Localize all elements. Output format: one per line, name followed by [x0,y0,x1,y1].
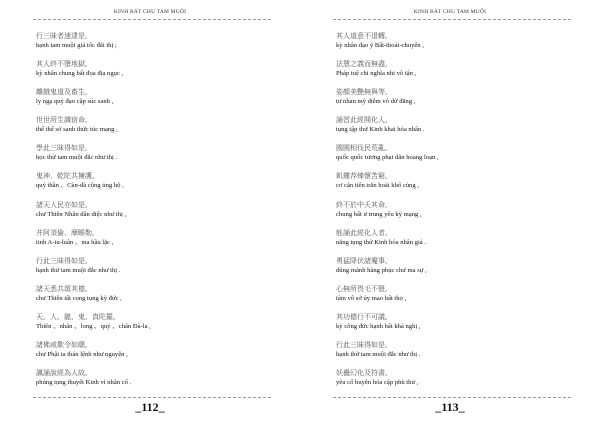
verse-vietnamese: kỳ công đức hạnh bất khả nghị , [336,322,568,331]
verse-chinese: 飢饉荐臻懷苦窮, [336,171,568,181]
verse: 妖蠱幻化及符書,yêu cổ huyễn hóa cập phù thư , [336,368,568,396]
verse-chinese: 諸天悉共頌其德, [36,284,268,294]
verse: 學此三昧得如是,học thử tam muội đắc như thị . [36,143,268,171]
verse: 鬼神、乾陀共擁護,quỷ thần 、Càn-đà cộng ủng hộ , [36,171,268,199]
verse-chinese: 法慧之義而無盡, [336,59,568,69]
verse-vietnamese: hạnh tam muội giả tốc đãi thị ; [36,41,268,50]
verse-vietnamese: chư Thiên tất cọng tụng kỳ đức , [36,294,268,303]
verse: 其人終不墮地獄,kỳ nhân chung bất đọa địa ngục , [36,59,268,87]
verse: 諸天人民亦如是,chư Thiên Nhân dân diệc như thị … [36,200,268,228]
verse: 終不於中夭其命,chung bất ư trung yểu kỳ mạng , [336,200,568,228]
verse: 行此三昧得如是,hạnh thử tam muội đắc như thị . [336,340,568,368]
verse: 其功德行不可議,kỳ công đức hạnh bất khả nghị , [336,312,568,340]
verse-chinese: 天、人、龍、鬼、真陀羅, [36,312,268,322]
verse-vietnamese: tinh A-tu-luân 、ma hầu lặc , [36,238,268,247]
verse-chinese: 諷誦說經為人故, [36,368,268,378]
page-header: KINH BÁT CHU TAM MUỘI [300,9,600,15]
verse: 國國相伐民荒亂,quốc quốc tương phạt dân hoang l… [336,143,568,171]
verse-vietnamese: kỳ nhân đạo ý Bất-thoái-chuyển , [336,41,568,50]
verse: 心無所畏毛不豎,tâm vô sở úy mao bất thọ , [336,284,568,312]
verse-chinese: 勇猛降伏諸魔事, [336,256,568,266]
verse: 誦習此經開化人,tụng tập thử Kinh khai hóa nhân … [336,115,568,143]
verse-vietnamese: quốc quốc tương phạt dân hoang loạn , [336,153,568,162]
verse-vietnamese: phúng tụng thuyết Kinh vì nhân cố . [36,378,268,387]
verse-vietnamese: Pháp tuệ chi nghĩa nhi vô tận , [336,69,568,78]
verse-chinese: 并阿須倫、摩睺勒, [36,228,268,238]
verse: 行三昧者速逮是,hạnh tam muội giả tốc đãi thị ; [36,31,268,59]
page-number: _113_ [300,400,600,415]
verse-chinese: 其功德行不可議, [336,312,568,322]
verse-chinese: 姿顏美艷無與等, [336,87,568,97]
verse-vietnamese: chư Phật ta thán lệnh như nguyện , [36,350,268,359]
verse-vietnamese: kỳ nhân chung bất đọa địa ngục , [36,69,268,78]
verse-vietnamese: Thiên 、nhân 、long 、quỷ 、chân Đà-la , [36,322,268,331]
verse-chinese: 心無所畏毛不豎, [336,284,568,294]
verse: 諷誦說經為人故,phúng tụng thuyết Kinh vì nhân c… [36,368,268,396]
verse-chinese: 其人終不墮地獄, [36,59,268,69]
verse-vietnamese: quỷ thần 、Càn-đà cộng ủng hộ , [36,181,268,190]
verse-chinese: 能誦此經化人者, [336,228,568,238]
verse-chinese: 國國相伐民荒亂, [336,143,568,153]
left-page: KINH BÁT CHU TAM MUỘI 行三昧者速逮是,hạnh tam m… [0,0,300,424]
verse-chinese: 世世所生識宿命, [36,115,268,125]
verse-vietnamese: ly ngạ quỷ đạo cập súc sanh , [36,97,268,106]
verse-vietnamese: năng tụng thử Kinh hóa nhân giả . [336,238,568,247]
verse: 諸佛咸歎令如願,chư Phật ta thán lệnh như nguyện… [36,340,268,368]
verse: 其人道意不退轉,kỳ nhân đạo ý Bất-thoái-chuyển , [336,31,568,59]
verse-vietnamese: chư Thiên Nhân dân diệc như thị , [36,210,268,219]
verse: 能誦此經化人者,năng tụng thử Kinh hóa nhân giả … [336,228,568,256]
verse-vietnamese: yêu cổ huyễn hóa cập phù thư , [336,378,568,387]
verse-chinese: 諸佛咸歎令如願, [36,340,268,350]
verse: 行此三昧得如是,hạnh thử tam muội đắc như thị . [36,256,268,284]
right-page: KINH BÁT CHU TAM MUỘI 其人道意不退轉,kỳ nhân đạ… [300,0,600,424]
footer-divider [333,397,571,398]
footer-divider [33,397,271,398]
verse-chinese: 誦習此經開化人, [336,115,568,125]
verse: 飢饉荐臻懷苦窮,cơ cận tiến trăn hoài khổ cùng , [336,171,568,199]
verse-chinese: 妖蠱幻化及符書, [336,368,568,378]
verse-chinese: 離餓鬼道及畜生, [36,87,268,97]
verse: 并阿須倫、摩睺勒,tinh A-tu-luân 、ma hầu lặc , [36,228,268,256]
verse-vietnamese: học thử tam muội đắc như thị . [36,153,268,162]
verse: 離餓鬼道及畜生,ly ngạ quỷ đạo cập súc sanh , [36,87,268,115]
verse-vietnamese: tâm vô sở úy mao bất thọ , [336,294,568,303]
book-spread: KINH BÁT CHU TAM MUỘI 行三昧者速逮是,hạnh tam m… [0,0,600,424]
verse: 諸天悉共頌其德,chư Thiên tất cọng tụng kỳ đức , [36,284,268,312]
header-divider [33,19,271,20]
verse-vietnamese: dũng mãnh hàng phục chư ma sự , [336,266,568,275]
verse: 姿顏美艷無與等,tư nhan mỹ diễm vô dữ đẳng , [336,87,568,115]
verse-list: 行三昧者速逮是,hạnh tam muội giả tốc đãi thị ; … [36,31,268,396]
verse-vietnamese: hạnh thử tam muội đắc như thị . [36,266,268,275]
verse-vietnamese: cơ cận tiến trăn hoài khổ cùng , [336,181,568,190]
verse-vietnamese: thế thế sở sanh thức túc mạng , [36,125,268,134]
verse-vietnamese: tụng tập thử Kinh khai hóa nhân . [336,125,568,134]
verse-vietnamese: chung bất ư trung yểu kỳ mạng , [336,210,568,219]
verse-vietnamese: tư nhan mỹ diễm vô dữ đẳng , [336,97,568,106]
verse: 世世所生識宿命,thế thế sở sanh thức túc mạng , [36,115,268,143]
verse-chinese: 行此三昧得如是, [36,256,268,266]
verse: 天、人、龍、鬼、真陀羅,Thiên 、nhân 、long 、quỷ 、chân… [36,312,268,340]
verse-vietnamese: hạnh thử tam muội đắc như thị . [336,350,568,359]
verse-list: 其人道意不退轉,kỳ nhân đạo ý Bất-thoái-chuyển ,… [336,31,568,396]
page-number: _112_ [0,400,300,415]
verse-chinese: 鬼神、乾陀共擁護, [36,171,268,181]
verse: 法慧之義而無盡,Pháp tuệ chi nghĩa nhi vô tận , [336,59,568,87]
verse-chinese: 學此三昧得如是, [36,143,268,153]
verse-chinese: 行此三昧得如是, [336,340,568,350]
header-divider [333,19,571,20]
verse-chinese: 其人道意不退轉, [336,31,568,41]
verse-chinese: 諸天人民亦如是, [36,200,268,210]
verse-chinese: 行三昧者速逮是, [36,31,268,41]
verse: 勇猛降伏諸魔事,dũng mãnh hàng phục chư ma sự , [336,256,568,284]
page-header: KINH BÁT CHU TAM MUỘI [0,9,300,15]
verse-chinese: 終不於中夭其命, [336,200,568,210]
